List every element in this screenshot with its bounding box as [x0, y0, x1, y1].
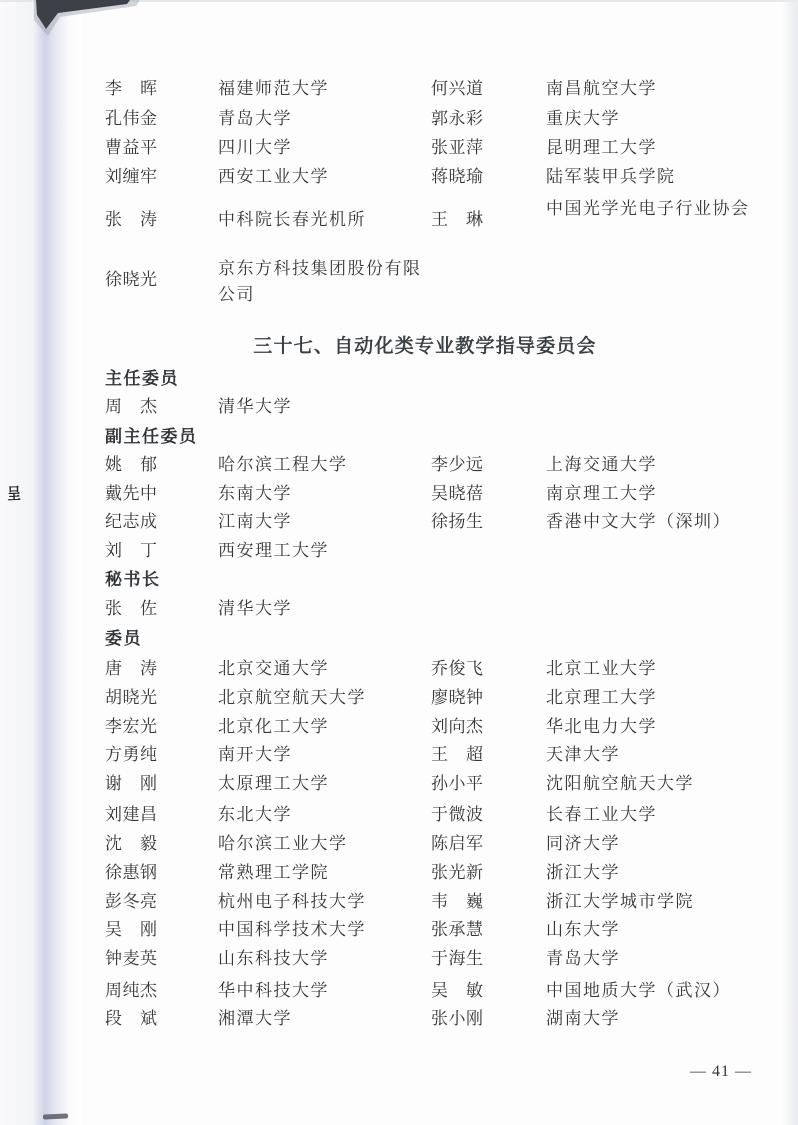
member-name: 徐晓光 [105, 269, 158, 291]
member-university: 中科院长春光机所 [218, 209, 424, 231]
member-university: 北京航空航天大学 [218, 687, 424, 709]
member-name: 吴 刚 [105, 919, 158, 941]
member-university: 北京工业大学 [546, 658, 752, 680]
member-university: 天津大学 [546, 744, 752, 766]
member-row: 胡晓光 北京航空航天大学 廖晓钟 北京理工大学 [0, 687, 798, 711]
member-name: 孙小平 [431, 773, 484, 795]
member-row: 周 杰 清华大学 [0, 396, 798, 420]
member-university: 京东方科技集团股份有限公司 [218, 256, 424, 308]
section-title: 三十七、自动化类专业教学指导委员会 [105, 335, 745, 359]
member-name: 刘缠牢 [105, 166, 158, 188]
member-university: 杭州电子科技大学 [218, 891, 424, 913]
member-university: 南京理工大学 [546, 483, 752, 505]
member-name: 刘建昌 [105, 804, 158, 826]
member-name: 彭冬亮 [105, 891, 158, 913]
member-university: 福建师范大学 [218, 78, 424, 100]
scanned-document-page: 呈 李 晖 福建师范大学 何兴道 南昌航空大学 孔伟金 青岛大学 郭永彩 重庆大… [0, 0, 798, 1125]
member-university: 西安理工大学 [218, 540, 424, 562]
member-university: 长春工业大学 [546, 804, 752, 826]
member-university: 浙江大学城市学院 [546, 891, 752, 913]
member-row: 唐 涛 北京交通大学 乔俊飞 北京工业大学 [0, 658, 798, 682]
member-university: 浙江大学 [546, 862, 752, 884]
member-name: 纪志成 [105, 511, 158, 533]
role-heading: 副主任委员 [105, 426, 198, 448]
member-name: 李少远 [431, 454, 484, 476]
member-row: 徐惠钢 常熟理工学院 张光新 浙江大学 [0, 862, 798, 886]
member-name: 陈启军 [431, 833, 484, 855]
member-name: 于微波 [431, 804, 484, 826]
member-row: 刘 丁 西安理工大学 [0, 540, 798, 564]
member-name: 廖晓钟 [431, 687, 484, 709]
role-heading: 委员 [105, 628, 142, 650]
member-university: 青岛大学 [546, 948, 752, 970]
member-name: 曹益平 [105, 137, 158, 159]
member-university: 哈尔滨工程大学 [218, 454, 424, 476]
member-name: 王 琳 [431, 209, 484, 231]
member-name: 姚 郁 [105, 454, 158, 476]
member-row: 刘建昌 东北大学 于微波 长春工业大学 [0, 804, 798, 828]
member-university: 湖南大学 [546, 1008, 752, 1030]
member-row: 纪志成 江南大学 徐扬生 香港中文大学（深圳） [0, 511, 798, 535]
member-name: 韦 巍 [431, 891, 484, 913]
role-heading: 秘书长 [105, 569, 161, 591]
member-university: 北京理工大学 [546, 687, 752, 709]
member-university: 西安工业大学 [218, 166, 424, 188]
member-name: 徐惠钢 [105, 862, 158, 884]
member-university: 华中科技大学 [218, 980, 424, 1002]
member-university: 上海交通大学 [546, 454, 752, 476]
member-row: 段 斌 湘潭大学 张小刚 湖南大学 [0, 1008, 798, 1032]
member-university: 江南大学 [218, 511, 424, 533]
member-university: 昆明理工大学 [546, 137, 752, 159]
member-name: 何兴道 [431, 78, 484, 100]
member-name: 张承慧 [431, 919, 484, 941]
member-university: 青岛大学 [218, 108, 424, 130]
role-heading: 主任委员 [105, 368, 179, 390]
member-row: 谢 刚 太原理工大学 孙小平 沈阳航空航天大学 [0, 773, 798, 797]
member-university: 北京化工大学 [218, 716, 424, 738]
member-name: 胡晓光 [105, 687, 158, 709]
member-name: 唐 涛 [105, 658, 158, 680]
member-row: 刘缠牢 西安工业大学 蒋晓瑜 陆军装甲兵学院 [0, 166, 798, 190]
member-name: 沈 毅 [105, 833, 158, 855]
member-row: 张 佐 清华大学 [0, 598, 798, 622]
member-name: 孔伟金 [105, 108, 158, 130]
member-university: 山东科技大学 [218, 948, 424, 970]
member-row: 徐晓光 京东方科技集团股份有限公司 [0, 256, 798, 308]
member-row: 李宏光 北京化工大学 刘向杰 华北电力大学 [0, 716, 798, 740]
member-name: 吴 敏 [431, 980, 484, 1002]
member-university: 华北电力大学 [546, 716, 752, 738]
member-row: 彭冬亮 杭州电子科技大学 韦 巍 浙江大学城市学院 [0, 891, 798, 915]
member-name: 乔俊飞 [431, 658, 484, 680]
member-name: 张光新 [431, 862, 484, 884]
page-number: — 41 — [690, 1063, 752, 1081]
member-name: 徐扬生 [431, 511, 484, 533]
member-name: 张 涛 [105, 209, 158, 231]
member-university: 常熟理工学院 [218, 862, 424, 884]
member-university: 南昌航空大学 [546, 78, 752, 100]
member-row: 吴 刚 中国科学技术大学 张承慧 山东大学 [0, 919, 798, 943]
member-row: 钟麦英 山东科技大学 于海生 青岛大学 [0, 948, 798, 972]
member-row: 沈 毅 哈尔滨工业大学 陈启军 同济大学 [0, 833, 798, 857]
member-row: 姚 郁 哈尔滨工程大学 李少远 上海交通大学 [0, 454, 798, 478]
member-name: 于海生 [431, 948, 484, 970]
member-row: 戴先中 东南大学 吴晓蓓 南京理工大学 [0, 483, 798, 507]
member-row: 方勇纯 南开大学 王 超 天津大学 [0, 744, 798, 768]
member-name: 方勇纯 [105, 744, 158, 766]
member-name: 张小刚 [431, 1008, 484, 1030]
member-name: 李宏光 [105, 716, 158, 738]
member-name: 周纯杰 [105, 980, 158, 1002]
member-name: 李 晖 [105, 78, 158, 100]
member-row: 孔伟金 青岛大学 郭永彩 重庆大学 [0, 108, 798, 132]
member-university: 哈尔滨工业大学 [218, 833, 424, 855]
member-university: 山东大学 [546, 919, 752, 941]
member-name: 段 斌 [105, 1008, 158, 1030]
member-university: 四川大学 [218, 137, 424, 159]
member-name: 戴先中 [105, 483, 158, 505]
member-name: 王 超 [431, 744, 484, 766]
member-university: 中国光学光电子行业协会 [546, 196, 752, 222]
member-name: 钟麦英 [105, 948, 158, 970]
member-university: 南开大学 [218, 744, 424, 766]
member-university: 湘潭大学 [218, 1008, 424, 1030]
member-row: 曹益平 四川大学 张亚萍 昆明理工大学 [0, 137, 798, 161]
member-name: 张 佐 [105, 598, 158, 620]
member-university: 东北大学 [218, 804, 424, 826]
member-row: 周纯杰 华中科技大学 吴 敏 中国地质大学（武汉） [0, 980, 798, 1004]
member-university: 陆军装甲兵学院 [546, 166, 752, 188]
member-university: 中国科学技术大学 [218, 919, 424, 941]
member-name: 张亚萍 [431, 137, 484, 159]
member-university: 清华大学 [218, 396, 424, 418]
member-university: 东南大学 [218, 483, 424, 505]
member-university: 中国地质大学（武汉） [546, 980, 752, 1002]
member-university: 同济大学 [546, 833, 752, 855]
member-name: 郭永彩 [431, 108, 484, 130]
member-university: 沈阳航空航天大学 [546, 773, 752, 795]
member-university: 清华大学 [218, 598, 424, 620]
member-name: 吴晓蓓 [431, 483, 484, 505]
member-university: 香港中文大学（深圳） [546, 511, 752, 533]
member-university: 太原理工大学 [218, 773, 424, 795]
member-row: 李 晖 福建师范大学 何兴道 南昌航空大学 [0, 78, 798, 102]
member-row: 张 涛 中科院长春光机所 王 琳 中国光学光电子行业协会 [0, 196, 798, 248]
member-name: 蒋晓瑜 [431, 166, 484, 188]
member-name: 谢 刚 [105, 773, 158, 795]
member-university: 重庆大学 [546, 108, 752, 130]
member-name: 刘 丁 [105, 540, 158, 562]
member-name: 刘向杰 [431, 716, 484, 738]
member-name: 周 杰 [105, 396, 158, 418]
member-university: 北京交通大学 [218, 658, 424, 680]
